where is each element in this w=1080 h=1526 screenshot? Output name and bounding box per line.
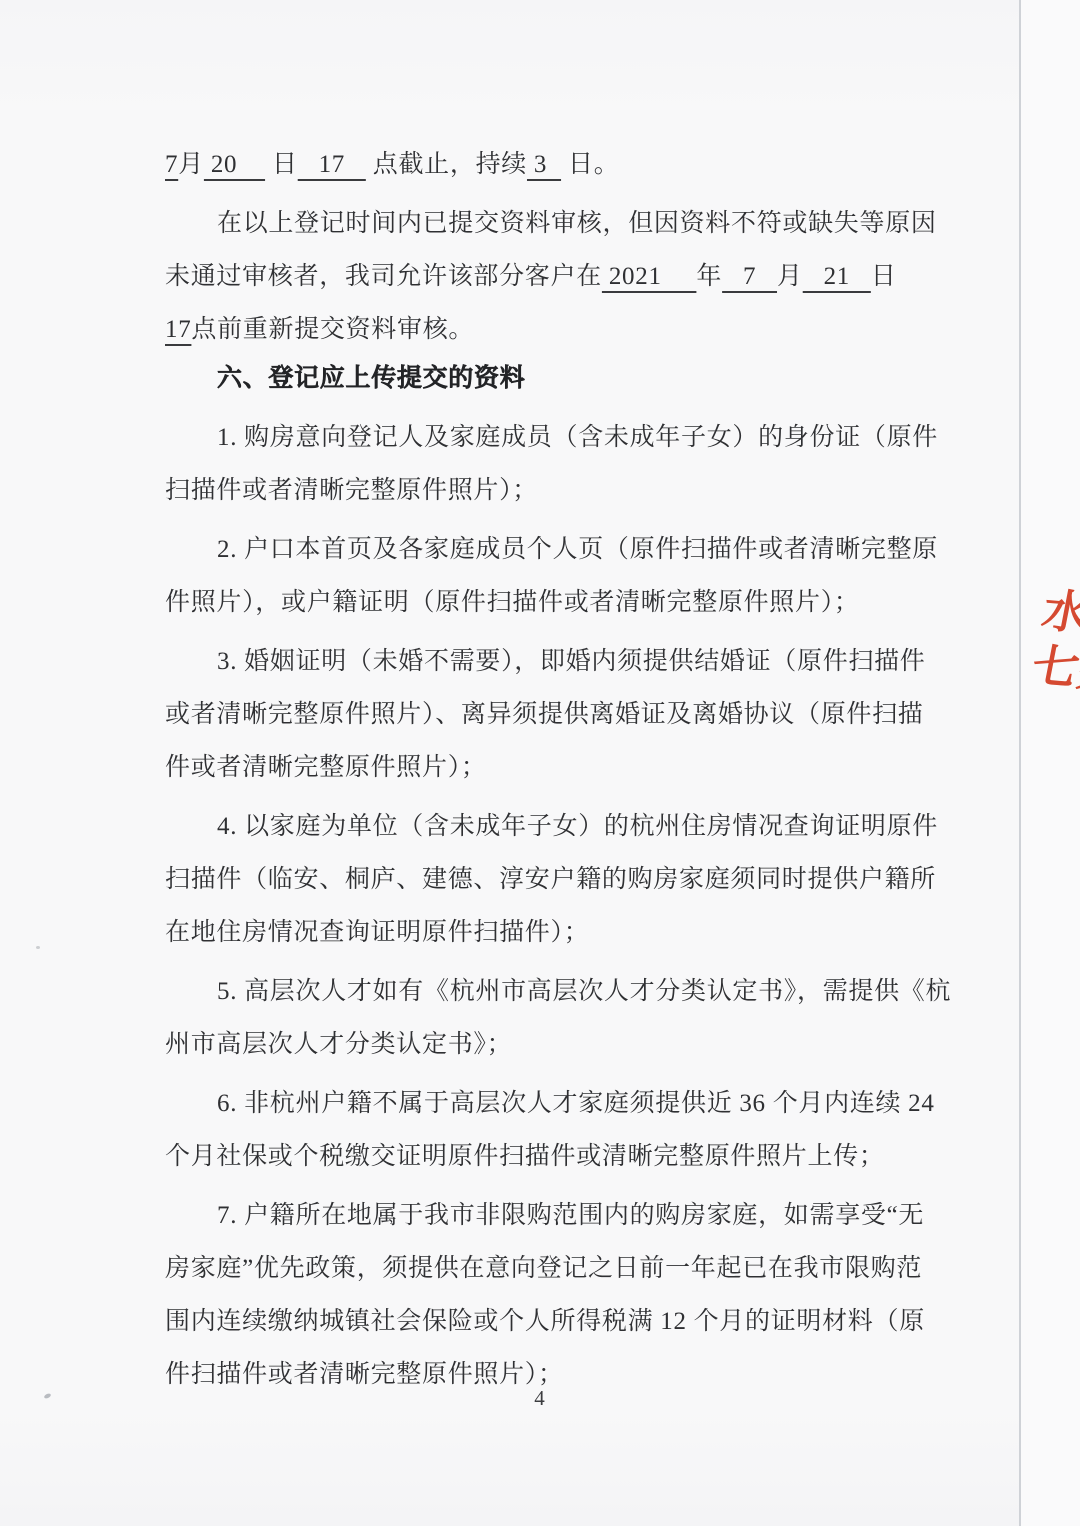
underlined-value: 20 <box>204 151 265 178</box>
underlined-value: 17 <box>165 316 191 343</box>
text-segment: 个月社保或个税缴交证明原件扫描件或清晰完整原件照片上传； <box>165 1143 885 1170</box>
document-page: 义久 水七 7月 20 日 17 点截止，持续 3 日。在以上登记时间内已提交资… <box>0 0 1080 1526</box>
text-segment: 扫描件或者清晰完整原件照片）； <box>165 477 538 504</box>
text-segment: 4. 以家庭为单位（含未成年子女）的杭州住房情况查询证明原件 <box>217 813 938 840</box>
text-segment: 日 <box>871 263 897 290</box>
text-line: 扫描件或者清晰完整原件照片）； <box>165 464 947 517</box>
page-edge-line <box>1019 0 1021 1526</box>
text-line: 5. 高层次人才如有《杭州市高层次人才分类认定书》，需提供《杭 <box>165 965 947 1018</box>
text-segment: 日。 <box>561 151 619 178</box>
text-line: 或者清晰完整原件照片）、离异须提供离婚证及离婚协议（原件扫描 <box>165 688 947 741</box>
text-segment: 点前重新提交资料审核。 <box>191 316 474 343</box>
text-line: 2. 户口本首页及各家庭成员个人页（原件扫描件或者清晰完整原 <box>165 523 947 576</box>
text-line: 3. 婚姻证明（未婚不需要），即婚内须提供结婚证（原件扫描件 <box>165 635 947 688</box>
text-segment: 点截止，持续 <box>366 151 527 178</box>
document-lines: 7月 20 日 17 点截止，持续 3 日。在以上登记时间内已提交资料审核，但因… <box>165 138 947 1401</box>
page-number: 4 <box>0 1384 1080 1412</box>
text-segment: 在以上登记时间内已提交资料审核，但因资料不符或缺失等原因 <box>217 210 937 237</box>
text-line: 房家庭”优先政策，须提供在意向登记之日前一年起已在我市限购范 <box>165 1242 947 1295</box>
text-segment: 六、登记应上传提交的资料 <box>217 365 525 392</box>
text-line: 件照片），或户籍证明（原件扫描件或者清晰完整原件照片）； <box>165 576 947 629</box>
text-segment: 在地住房情况查询证明原件扫描件）； <box>165 919 589 946</box>
text-segment: 7. 户籍所在地属于我市非限购范围内的购房家庭，如需享受“无 <box>217 1202 924 1229</box>
text-segment: 扫描件（临安、桐庐、建德、淳安户籍的购房家庭须同时提供户籍所 <box>165 866 936 893</box>
text-line: 未通过审核者，我司允许该部分客户在 2021 年 7 月 21 日 <box>165 250 947 303</box>
text-line: 4. 以家庭为单位（含未成年子女）的杭州住房情况查询证明原件 <box>165 800 947 853</box>
scan-speck <box>36 946 40 949</box>
text-segment: 房家庭”优先政策，须提供在意向登记之日前一年起已在我市限购范 <box>165 1255 922 1282</box>
text-segment: 3. 婚姻证明（未婚不需要），即婚内须提供结婚证（原件扫描件 <box>217 648 926 675</box>
section-heading: 六、登记应上传提交的资料 <box>165 352 947 405</box>
underlined-value: 3 <box>527 151 561 178</box>
text-segment: 州市高层次人才分类认定书》； <box>165 1031 512 1058</box>
text-line: 1. 购房意向登记人及家庭成员（含未成年子女）的身份证（原件 <box>165 411 947 464</box>
underlined-value: 21 <box>803 263 871 290</box>
underlined-value: 2021 <box>602 263 697 290</box>
text-line: 围内连续缴纳城镇社会保险或个人所得税满 12 个月的证明材料（原 <box>165 1295 947 1348</box>
text-line: 件或者清晰完整原件照片）； <box>165 741 947 794</box>
text-segment: 围内连续缴纳城镇社会保险或个人所得税满 12 个月的证明材料（原 <box>165 1308 925 1335</box>
text-segment: 1. 购房意向登记人及家庭成员（含未成年子女）的身份证（原件 <box>217 424 938 451</box>
text-line: 17点前重新提交资料审核。 <box>165 303 947 356</box>
text-line: 个月社保或个税缴交证明原件扫描件或清晰完整原件照片上传； <box>165 1130 947 1183</box>
text-segment: 年 <box>696 263 722 290</box>
text-segment: 件或者清晰完整原件照片）； <box>165 754 487 781</box>
text-line: 7. 户籍所在地属于我市非限购范围内的购房家庭，如需享受“无 <box>165 1189 947 1242</box>
text-segment: 件照片），或户籍证明（原件扫描件或者清晰完整原件照片）； <box>165 589 860 616</box>
text-segment: 月 <box>777 263 803 290</box>
text-line: 州市高层次人才分类认定书》； <box>165 1018 947 1071</box>
text-segment: 2. 户口本首页及各家庭成员个人页（原件扫描件或者清晰完整原 <box>217 536 938 563</box>
text-line: 在以上登记时间内已提交资料审核，但因资料不符或缺失等原因 <box>165 197 947 250</box>
text-segment: 日 <box>265 151 298 178</box>
text-segment: 6. 非杭州户籍不属于高层次人才家庭须提供近 36 个月内连续 24 <box>217 1090 935 1117</box>
text-line: 6. 非杭州户籍不属于高层次人才家庭须提供近 36 个月内连续 24 <box>165 1077 947 1130</box>
text-segment: 或者清晰完整原件照片）、离异须提供离婚证及离婚协议（原件扫描 <box>165 701 924 728</box>
text-line: 扫描件（临安、桐庐、建德、淳安户籍的购房家庭须同时提供户籍所 <box>165 853 947 906</box>
underlined-value: 7 <box>722 263 777 290</box>
text-segment: 5. 高层次人才如有《杭州市高层次人才分类认定书》，需提供《杭 <box>217 978 951 1005</box>
text-segment: 月 <box>178 151 204 178</box>
underlined-value: 17 <box>298 151 366 178</box>
text-line: 7月 20 日 17 点截止，持续 3 日。 <box>165 138 947 191</box>
text-line: 在地住房情况查询证明原件扫描件）； <box>165 906 947 959</box>
text-segment: 未通过审核者，我司允许该部分客户在 <box>165 263 602 290</box>
underlined-value: 7 <box>165 151 178 178</box>
